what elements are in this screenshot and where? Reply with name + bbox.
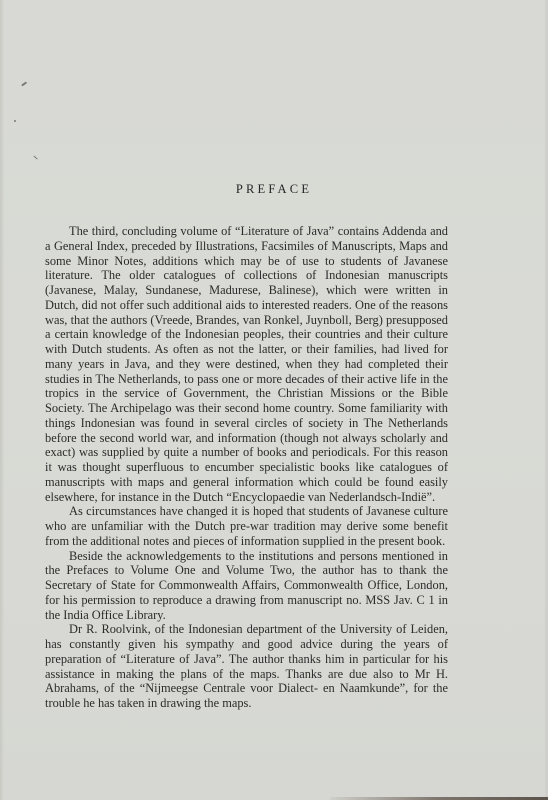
page-title: PREFACE [0,182,548,197]
page-left-edge [0,0,4,800]
pencil-mark [21,81,27,86]
paragraph-4: Dr R. Roolvink, of the Indonesian depart… [45,622,448,711]
paragraph-1: The third, concluding volume of “Literat… [45,224,448,504]
pencil-mark [33,156,38,160]
pencil-mark [14,120,16,122]
paragraph-3: Beside the acknowledgements to the insti… [45,549,448,623]
book-page: PREFACE The third, concluding volume of … [0,0,548,800]
paragraph-2: As circumstances have changed it is hope… [45,504,448,548]
preface-body: The third, concluding volume of “Literat… [45,224,448,711]
